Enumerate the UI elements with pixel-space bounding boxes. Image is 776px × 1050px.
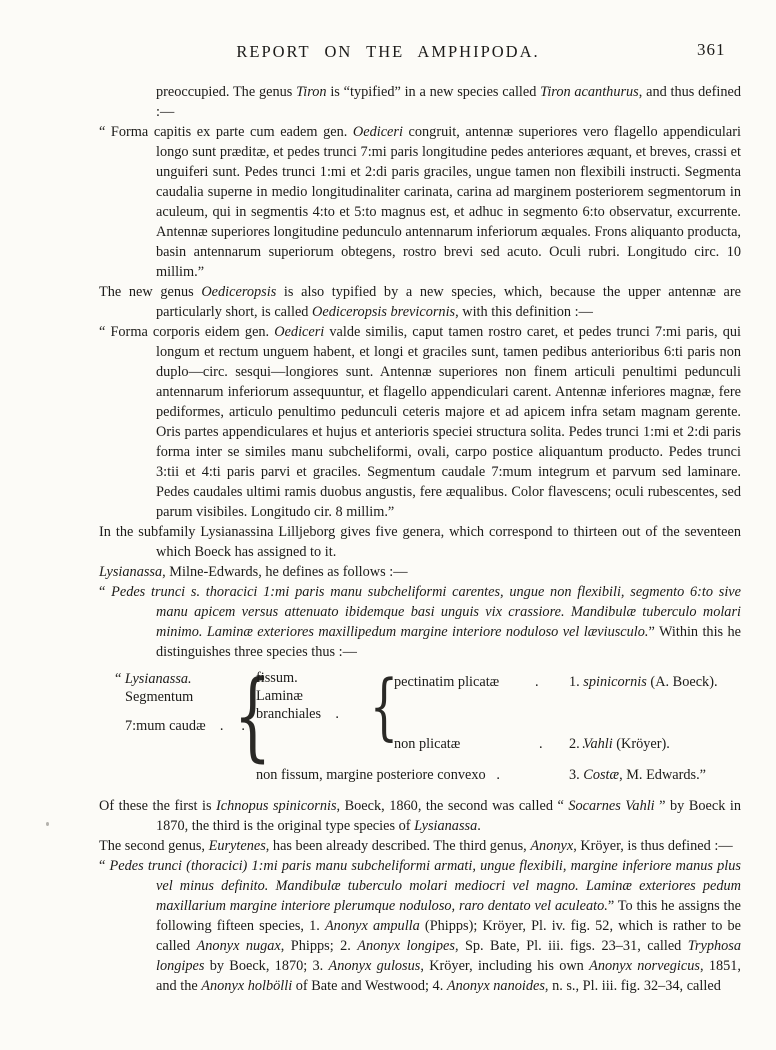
- species-key-diagram: “ Lysianassa. Segmentum 7:mum caudæ . . …: [99, 669, 741, 787]
- diagram-row-non-fissum-desc: non fissum, margine posteriore convexo .: [256, 766, 500, 784]
- paragraph-lysianassa-definition: “ Pedes trunci s. thoracici 1:mi paris m…: [99, 582, 741, 662]
- running-title: REPORT ON THE AMPHIPODA.: [0, 42, 776, 62]
- paragraph-tiron-intro: preoccupied. The genus Tiron is “typifie…: [99, 82, 741, 122]
- paragraph-anonyx-definition: “ Pedes trunci (thoracici) 1:mi paris ma…: [99, 856, 741, 996]
- diagram-laminae-line: Laminæ: [256, 687, 303, 705]
- diagram-genus-label: “ Lysianassa.: [115, 670, 192, 688]
- diagram-species-costae: 3. Costæ, M. Edwards.”: [569, 766, 706, 784]
- diagram-row-pectinatim-desc: pectinatim plicatæ .: [394, 673, 539, 691]
- paragraph-oediceropsis-intro: The new genus Oediceropsis is also typif…: [99, 282, 741, 322]
- scan-speck: [46, 822, 49, 826]
- diagram-row-non-plicatae-desc: non plicatæ . .: [394, 735, 585, 753]
- paragraph-lysianassina-subfamily: In the subfamily Lysianassina Lilljeborg…: [99, 522, 741, 562]
- scanned-book-page: REPORT ON THE AMPHIPODA. 361 preoccupied…: [0, 0, 776, 1050]
- paragraph-oediceropsis-definition: “ Forma corporis eidem gen. Oediceri val…: [99, 322, 741, 522]
- diagram-segmentum-label: Segmentum: [125, 688, 193, 706]
- diagram-caudae-label: 7:mum caudæ . .: [125, 717, 245, 735]
- paragraph-species-identities: Of these the first is Ichnopus spinicorn…: [99, 796, 741, 836]
- paragraph-lysianassa-genus: Lysianassa, Milne-Edwards, he defines as…: [99, 562, 741, 582]
- diagram-fissum-line: fissum.: [256, 669, 298, 687]
- page-number: 361: [697, 40, 726, 60]
- diagram-branchiales-line: branchiales .: [256, 705, 339, 723]
- diagram-species-spinicornis: 1. spinicornis (A. Boeck).: [569, 673, 718, 691]
- paragraph-anonyx-intro: The second genus, Eurytenes, has been al…: [99, 836, 741, 856]
- paragraph-tiron-definition: “ Forma capitis ex parte cum eadem gen. …: [99, 122, 741, 282]
- diagram-species-vahli: 2. Vahli (Kröyer).: [569, 735, 670, 753]
- text-body: preoccupied. The genus Tiron is “typifie…: [99, 82, 741, 996]
